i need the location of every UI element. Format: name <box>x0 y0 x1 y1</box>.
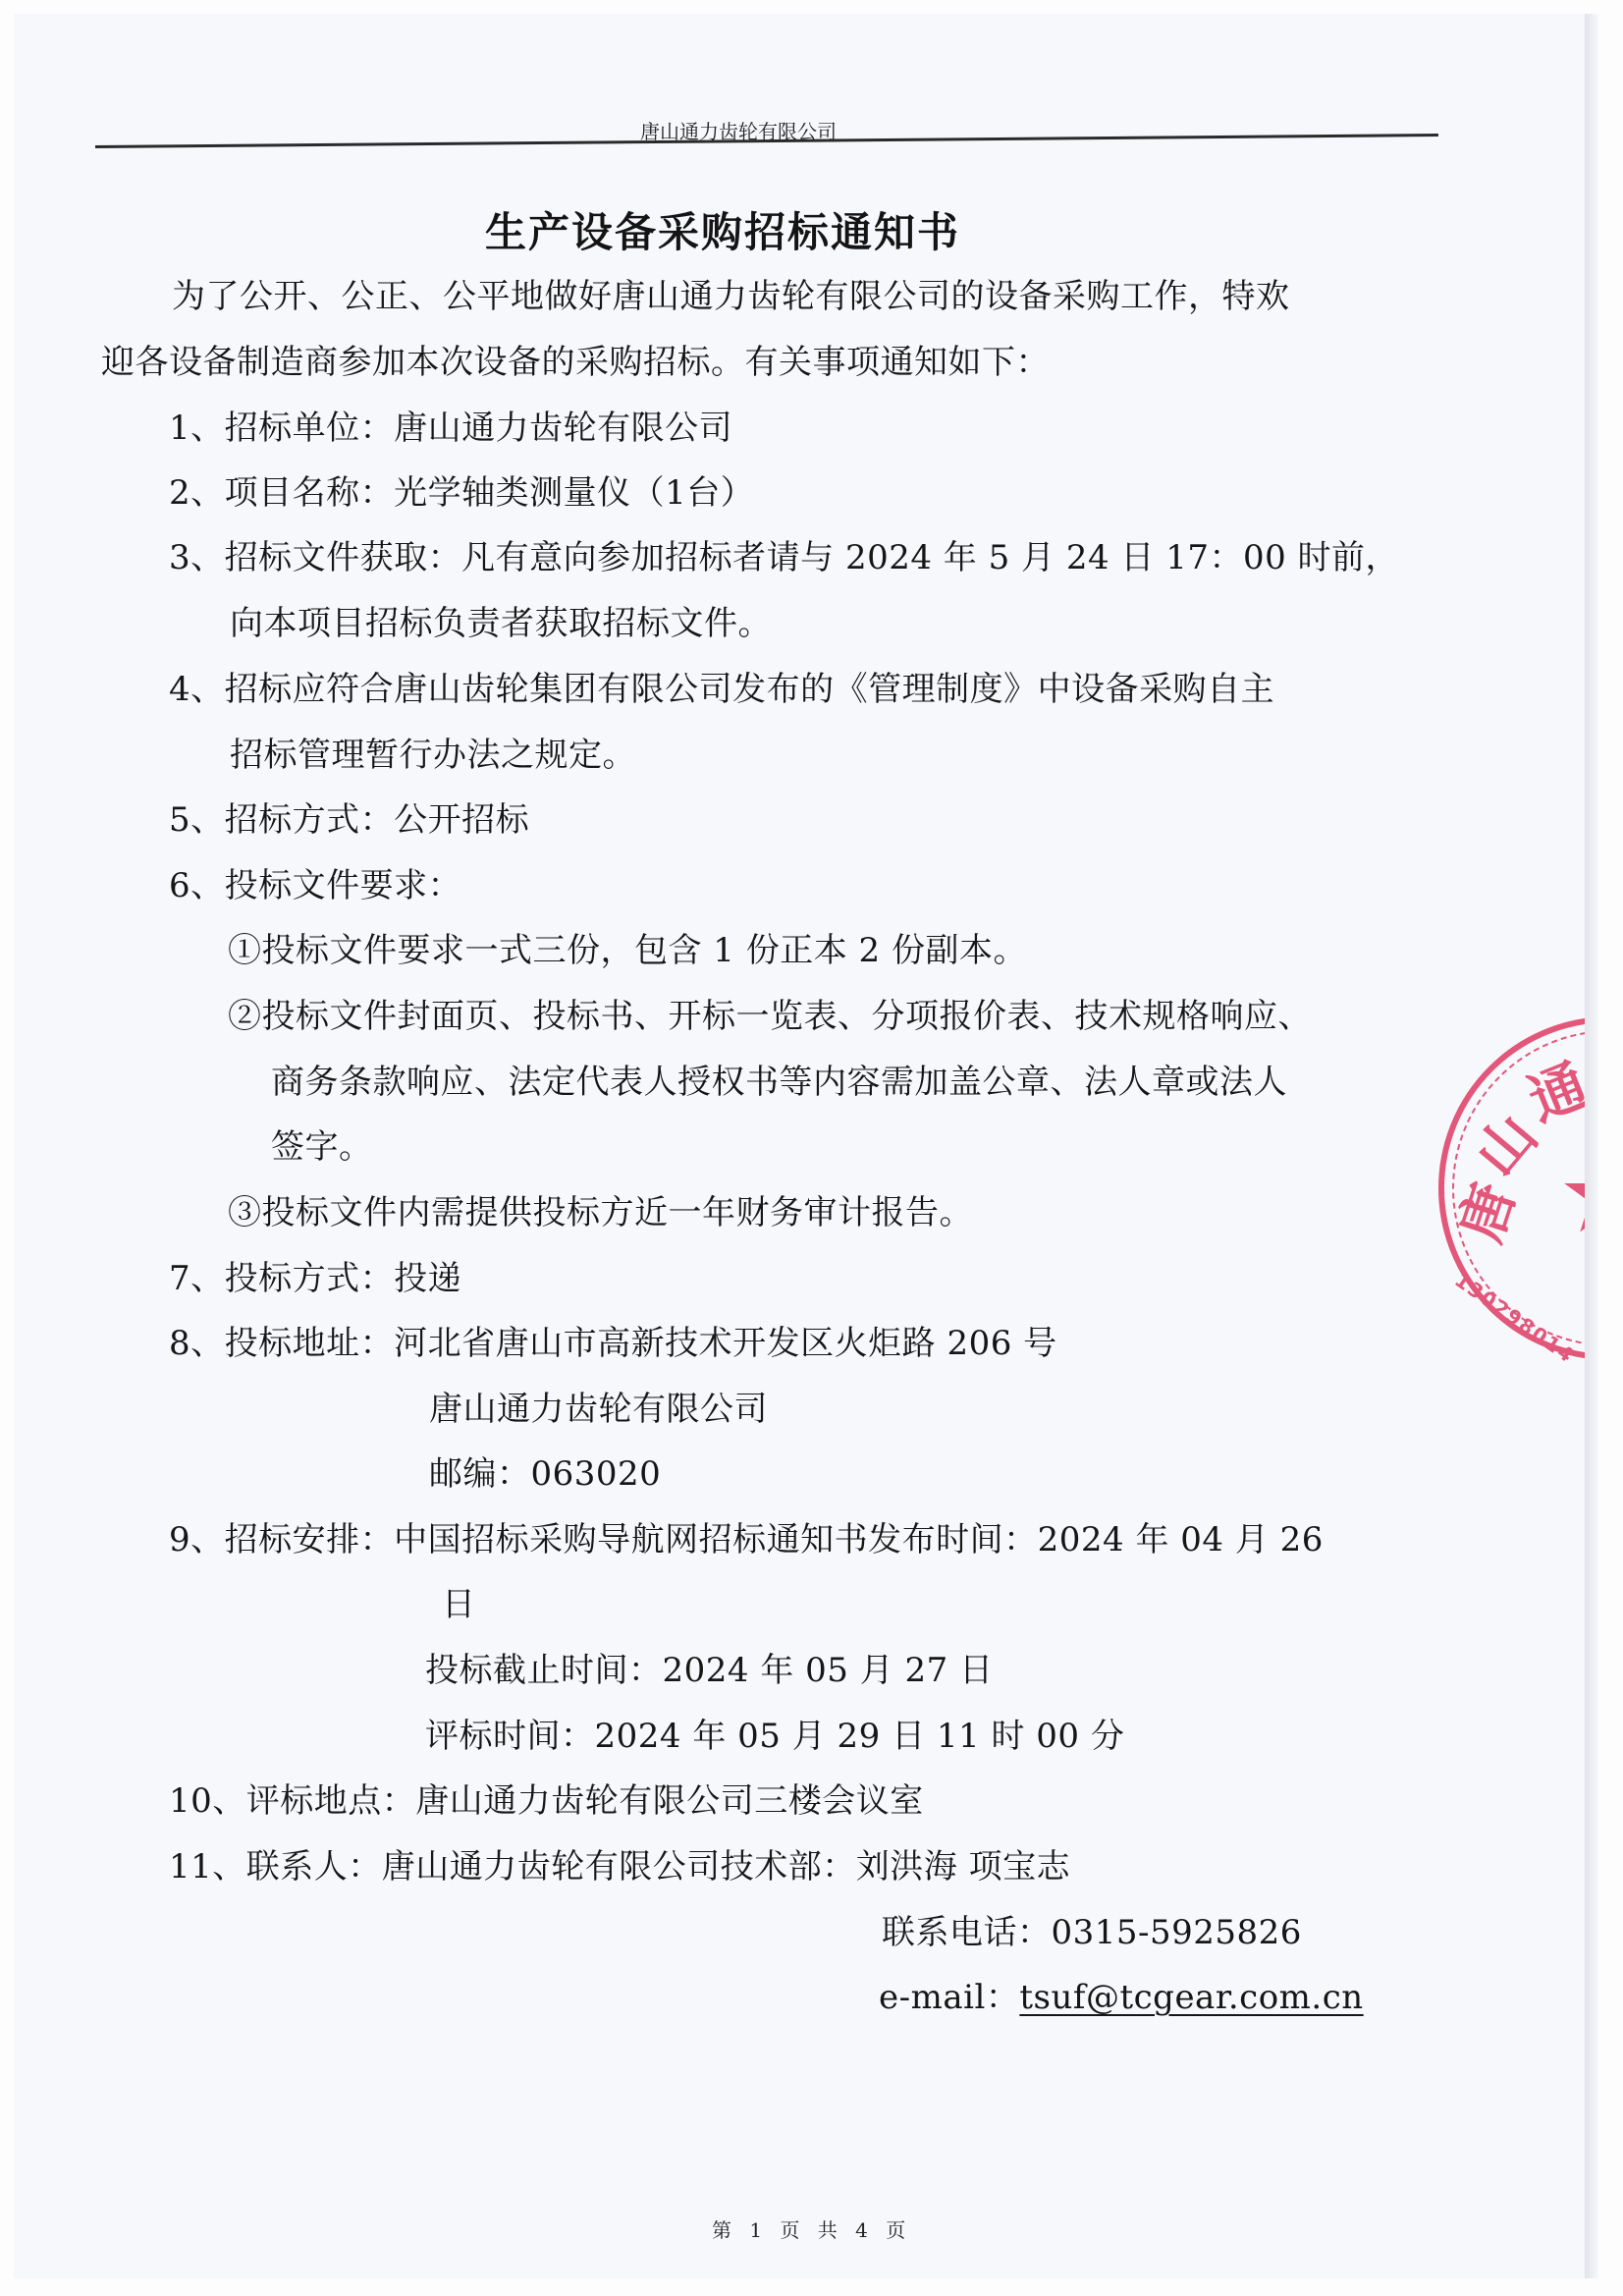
item-label: 投标方式： <box>225 1259 395 1298</box>
item-label: 投标文件要求： <box>225 866 462 905</box>
item-number: 9、 <box>169 1520 225 1559</box>
item-label: 招标方式： <box>225 800 395 840</box>
item-number: 6、 <box>169 866 225 905</box>
item-number: 3、 <box>169 538 225 577</box>
item-label: 投标地址： <box>225 1324 395 1363</box>
document-title: 生产设备采购招标通知书 <box>485 200 960 259</box>
item-9-bid-deadline: 投标截止时间：2024 年 05 月 27 日 <box>425 1651 994 1690</box>
item-value: 投递 <box>394 1259 461 1298</box>
item-label: 招标安排： <box>225 1520 395 1559</box>
item-1: 1、招标单位：唐山通力齿轮有限公司 <box>169 409 732 448</box>
seal-star-icon: ★ <box>1557 1140 1585 1248</box>
item-number: 7、 <box>169 1259 225 1298</box>
item-3-continuation: 向本项目招标负责者获取招标文件。 <box>230 604 772 643</box>
page-edge-shadow <box>1585 14 1598 2278</box>
item-value: 公开招标 <box>394 800 529 840</box>
item-number: 11、 <box>169 1847 246 1886</box>
item-label: 评标地点： <box>246 1781 416 1821</box>
intro-line-2: 迎各设备制造商参加本次设备的采购招标。有关事项通知如下： <box>101 343 1050 382</box>
item-value: 凡有意向参加招标者请与 2024 年 5 月 24 日 17：00 时前， <box>461 538 1399 577</box>
circled-marker-2: ② <box>228 997 262 1036</box>
item-value: 唐山通力齿轮有限公司技术部：刘洪海 项宝志 <box>382 1847 1070 1886</box>
item-value: 中国招标采购导航网招标通知书发布时间：2024 年 04 月 26 <box>394 1520 1324 1559</box>
item-label: 联系人： <box>246 1847 382 1886</box>
item-4-continuation: 招标管理暂行办法之规定。 <box>230 736 636 775</box>
item-5: 5、招标方式：公开招标 <box>169 800 529 840</box>
item-value: 唐山通力齿轮有限公司 <box>394 409 732 448</box>
item-6-subitem-2: ②投标文件封面页、投标书、开标一览表、分项报价表、技术规格响应、 <box>228 997 1312 1036</box>
item-value: 光学轴类测量仪（1台） <box>394 473 754 513</box>
item-label: 项目名称： <box>225 473 395 513</box>
item-number: 10、 <box>169 1781 246 1821</box>
page-indicator: 第 1 页 共 4 页 <box>712 2214 911 2243</box>
phone-label: 联系电话： <box>882 1913 1052 1952</box>
item-number: 8、 <box>169 1324 225 1363</box>
contact-email: e-mail：tsuf@tcgear.com.cn <box>879 1978 1364 2017</box>
email-link[interactable]: tsuf@tcgear.com.cn <box>1019 1978 1363 2017</box>
item-8-company: 唐山通力齿轮有限公司 <box>429 1390 768 1429</box>
item-3: 3、招标文件获取：凡有意向参加招标者请与 2024 年 5 月 24 日 17：… <box>169 538 1399 577</box>
item-6: 6、投标文件要求： <box>169 866 461 905</box>
item-8-postcode: 邮编：063020 <box>429 1454 661 1494</box>
item-number: 4、 <box>169 670 225 709</box>
item-6-subitem-3: ③投标文件内需提供投标方近一年财务审计报告。 <box>228 1193 973 1232</box>
item-4: 4、招标应符合唐山齿轮集团有限公司发布的《管理制度》中设备采购自主 <box>169 670 1274 709</box>
item-9: 9、招标安排：中国招标采购导航网招标通知书发布时间：2024 年 04 月 26 <box>169 1520 1324 1559</box>
item-label: 招标单位： <box>225 409 395 448</box>
item-7: 7、投标方式：投递 <box>169 1259 461 1298</box>
item-number: 5、 <box>169 800 225 840</box>
item-6-subitem-1: ①投标文件要求一式三份，包含 1 份正本 2 份副本。 <box>228 931 1027 970</box>
contact-phone: 联系电话：0315-5925826 <box>882 1913 1302 1952</box>
item-number: 2、 <box>169 473 225 513</box>
item-9-evaluation-time: 评标时间：2024 年 05 月 29 日 11 时 00 分 <box>425 1717 1124 1756</box>
item-8: 8、投标地址：河北省唐山市高新技术开发区火炬路 206 号 <box>169 1324 1057 1363</box>
item-value: 招标应符合唐山齿轮集团有限公司发布的《管理制度》中设备采购自主 <box>225 670 1275 709</box>
intro-line-1: 为了公开、公正、公平地做好唐山通力齿轮有限公司的设备采购工作，特欢 <box>172 277 1290 316</box>
item-6-subitem-2-line-3: 签字。 <box>271 1127 373 1167</box>
item-2: 2、项目名称：光学轴类测量仪（1台） <box>169 473 754 513</box>
email-label: e-mail： <box>879 1978 1019 2017</box>
item-11: 11、联系人：唐山通力齿轮有限公司技术部：刘洪海 项宝志 <box>169 1847 1070 1886</box>
item-label: 招标文件获取： <box>225 538 462 577</box>
circled-marker-1: ① <box>228 931 262 970</box>
item-9-date-day: 日 <box>442 1585 476 1624</box>
phone-number: 0315-5925826 <box>1052 1913 1302 1952</box>
item-number: 1、 <box>169 409 225 448</box>
seal-circle: 唐 山 通 ★ 130298014 <box>1438 1016 1585 1360</box>
item-6-subitem-2-line-2: 商务条款响应、法定代表人授权书等内容需加盖公章、法人章或法人 <box>271 1063 1287 1102</box>
item-value: 唐山通力齿轮有限公司三楼会议室 <box>415 1781 924 1821</box>
circled-marker-3: ③ <box>228 1193 262 1232</box>
item-10: 10、评标地点：唐山通力齿轮有限公司三楼会议室 <box>169 1781 924 1821</box>
item-value: 河北省唐山市高新技术开发区火炬路 206 号 <box>394 1324 1057 1363</box>
company-seal: 唐 山 通 ★ 130298014 <box>1414 1002 1585 1375</box>
